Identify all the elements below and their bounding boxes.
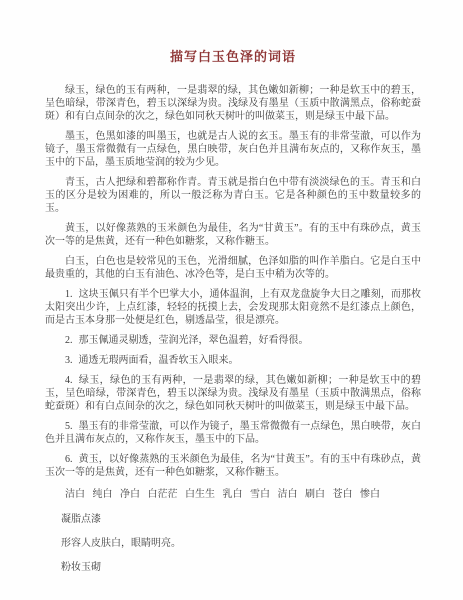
paragraph-white-jade: 白玉，白色也是较常见的玉色，光滑细腻，色泽如脂的叫作羊脂白。它是白玉中最贵重的，…: [45, 255, 421, 281]
list-item-5-text: 墨玉有的非常莹澈，可以作为镜子，墨玉常微微有一点绿色，黑白映带，灰白色并且满布灰…: [45, 421, 421, 445]
list-item-3: 3.通透无瑕两面看，温香软玉入眼来。: [45, 354, 421, 367]
list-item-4-number: 4.: [65, 375, 73, 386]
list-item-3-text: 通透无瑕两面看，温香软玉入眼来。: [79, 355, 239, 366]
paragraph-black-jade: 墨玉，色黑如漆的叫墨玉，也就是古人说的玄玉。墨玉有的非常莹澈，可以作为镜子，墨玉…: [45, 130, 421, 169]
idiom-term-2: 粉妆玉砌: [45, 556, 421, 574]
list-item-5: 5.墨玉有的非常莹澈，可以作为镜子，墨玉常微微有一点绿色，黑白映带，灰白色并且满…: [45, 420, 421, 446]
list-item-6: 6.黄玉，以好像蒸熟的玉米颜色为最佳，名为“甘黄玉”。有的玉中有珠砂点，黄玉次一…: [45, 453, 421, 479]
list-item-1-text: 这块玉佩只有半个巴掌大小，通体温润，上有双龙盘旋争大日之雕刻，而那枚太阳突出少许…: [45, 289, 421, 326]
white-words-line: 洁白 纯白 净白 白茫茫 白生生 乳白 雪白 洁白 刷白 苍白 惨白: [45, 488, 421, 501]
list-item-6-text: 黄玉，以好像蒸熟的玉米颜色为最佳，名为“甘黄玉”。有的玉中有珠砂点，黄玉次一等的…: [45, 454, 421, 478]
paragraph-cyan-jade: 青玉，古人把绿和碧都称作青。青玉就是指白色中带有淡淡绿色的玉。青玉和白玉的区分是…: [45, 176, 421, 215]
idiom-definition: 形容人皮肤白，眼睛明亮。: [45, 532, 421, 550]
list-item-1: 1.这块玉佩只有半个巴掌大小，通体温润，上有双龙盘旋争大日之雕刻，而那枚太阳突出…: [45, 288, 421, 327]
list-item-1-number: 1.: [65, 289, 73, 300]
list-item-5-number: 5.: [65, 421, 73, 432]
list-item-4-text: 绿玉，绿色的玉有两种，一是翡翠的绿，其色嫩如新柳；一种是软玉中的碧玉，呈色暗绿，…: [45, 375, 421, 412]
list-item-2-text: 那玉佩通灵剔透，莹润光泽，翠色温碧，好看得很。: [79, 335, 309, 346]
paragraph-green-jade: 绿玉，绿色的玉有两种，一是翡翠的绿，其色嫩如新柳；一种是软玉中的碧玉，呈色暗绿，…: [45, 84, 421, 123]
document-page: 描写白玉色泽的词语 绿玉，绿色的玉有两种，一是翡翠的绿，其色嫩如新柳；一种是软玉…: [0, 0, 463, 600]
list-item-2: 2.那玉佩通灵剔透，莹润光泽，翠色温碧，好看得很。: [45, 334, 421, 347]
list-item-3-number: 3.: [65, 355, 73, 366]
list-item-6-number: 6.: [65, 454, 73, 465]
document-title: 描写白玉色泽的词语: [45, 46, 421, 65]
list-item-4: 4.绿玉，绿色的玉有两种，一是翡翠的绿，其色嫩如新柳；一种是软玉中的碧玉，呈色暗…: [45, 374, 421, 413]
list-item-2-number: 2.: [65, 335, 73, 346]
idiom-term-1: 凝脂点漆: [45, 508, 421, 526]
paragraph-yellow-jade: 黄玉，以好像蒸熟的玉米颜色为最佳，名为“甘黄玉”。有的玉中有珠砂点，黄玉次一等的…: [45, 222, 421, 248]
